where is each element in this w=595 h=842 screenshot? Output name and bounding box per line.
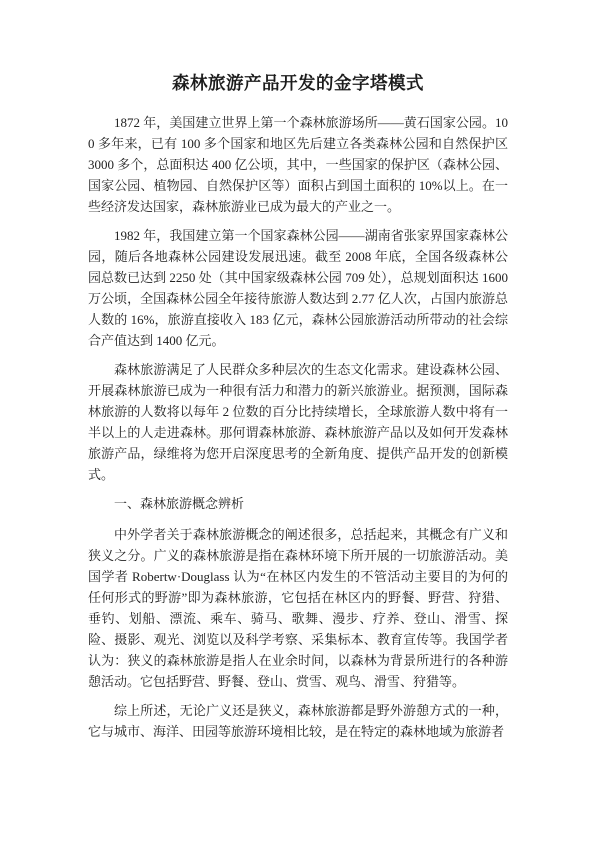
section-heading-concept-analysis: 一、森林旅游概念辨析: [88, 493, 508, 514]
section-paragraph-2: 综上所述，无论广义还是狭义，森林旅游都是野外游憩方式的一种，它与城市、海洋、田园…: [88, 700, 508, 742]
intro-paragraph-2: 1982 年，我国建立第一个国家森林公园——湖南省张家界国家森林公园，随后各地森…: [88, 225, 508, 351]
document-page: 森林旅游产品开发的金字塔模式 1872 年，美国建立世界上第一个森林旅游场所——…: [0, 0, 595, 842]
document-title: 森林旅游产品开发的金字塔模式: [88, 70, 508, 96]
section-paragraph-1: 中外学者关于森林旅游概念的阐述很多，总括起来，其概念有广义和狭义之分。广义的森林…: [88, 524, 508, 692]
intro-paragraph-1: 1872 年，美国建立世界上第一个森林旅游场所——黄石国家公园。100 多年来，…: [88, 112, 508, 217]
intro-paragraph-3: 森林旅游满足了人民群众多种层次的生态文化需求。建设森林公园、开展森林旅游已成为一…: [88, 359, 508, 485]
